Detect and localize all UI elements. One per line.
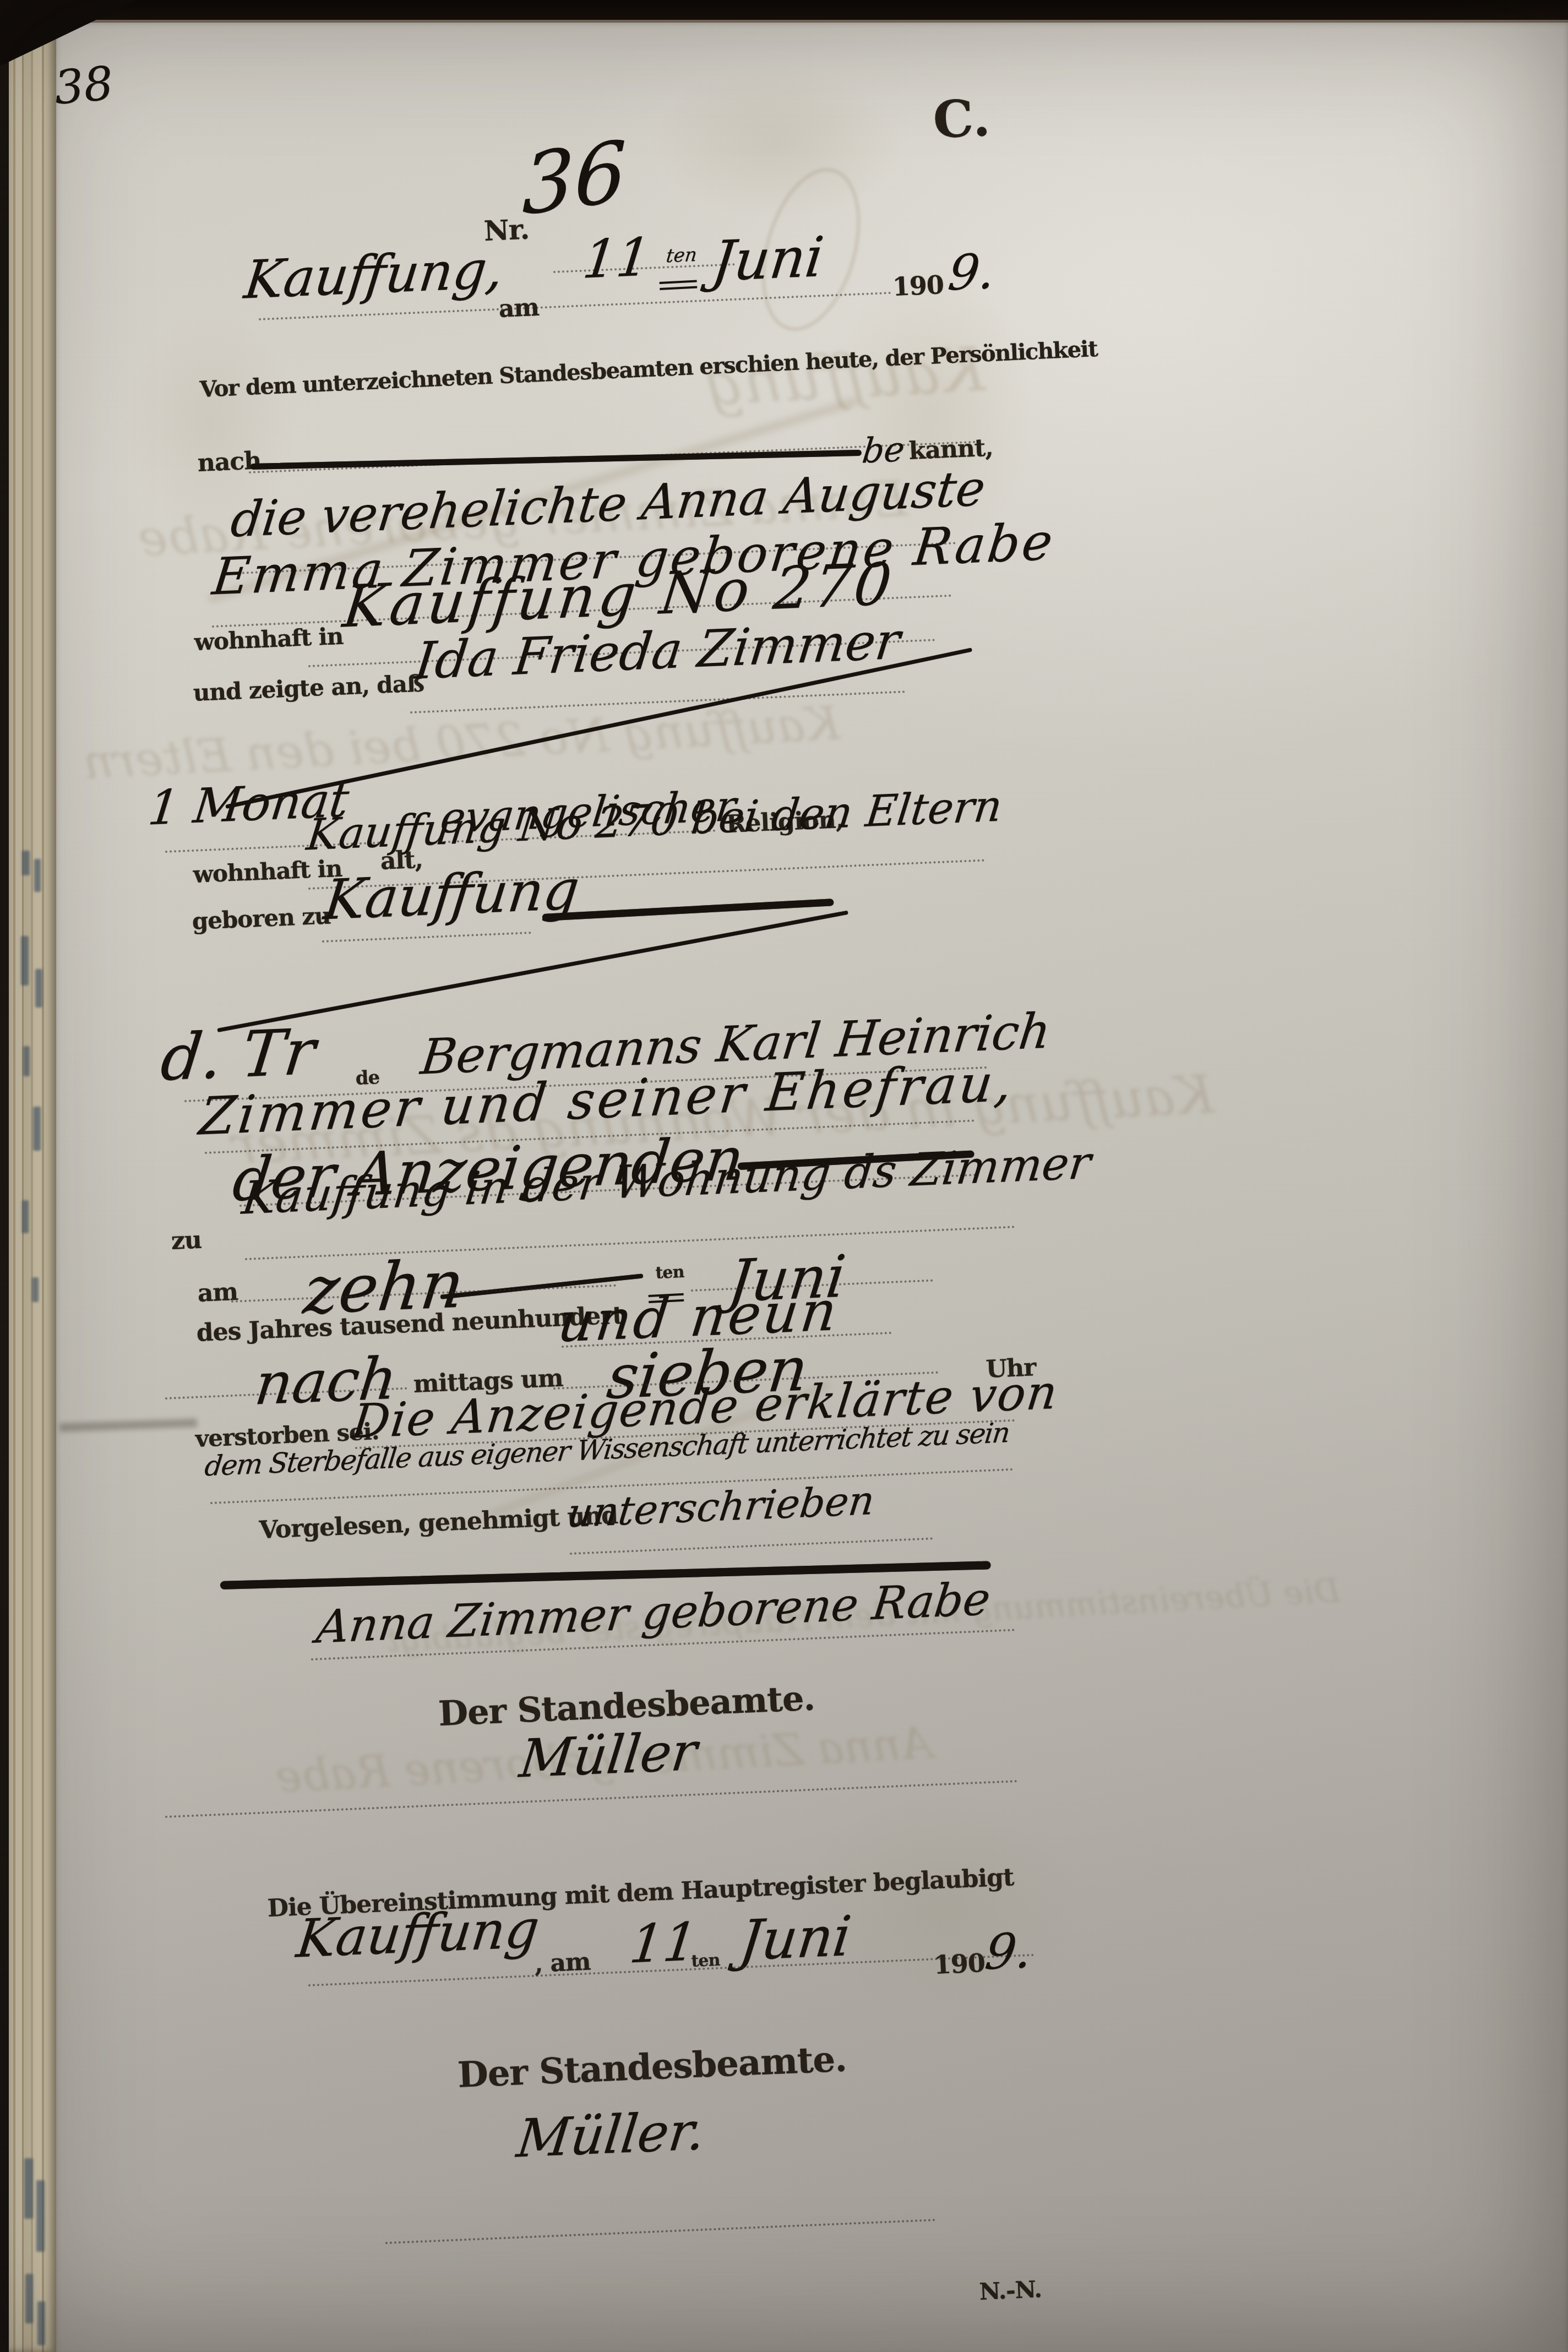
relation-hand: d. Tr xyxy=(158,1020,319,1090)
registrar-signature-2: Müller. xyxy=(514,2105,707,2166)
certification-month: Juni xyxy=(737,1909,853,1969)
unterschrieben-hand: unterschrieben xyxy=(565,1480,876,1533)
edge-ink-mark xyxy=(24,2158,33,2219)
edge-ink-mark xyxy=(35,969,42,1008)
folio-number: 38 xyxy=(52,60,115,111)
register-page-photo: Emma Zimmer geborene Rabe Kauffung No 27… xyxy=(0,0,1568,2352)
form-letter: C. xyxy=(932,92,991,145)
edge-ink-mark xyxy=(37,2301,45,2345)
header-place: Kauffung, xyxy=(242,243,506,307)
edge-ink-mark xyxy=(36,2180,45,2252)
death-day-suffix: ten xyxy=(655,1264,684,1282)
residence-label-2: wohnhaft in xyxy=(193,857,342,886)
edge-ink-mark xyxy=(21,936,29,986)
book-cover-edge xyxy=(0,0,9,2352)
edge-ink-mark xyxy=(33,1107,41,1151)
edge-ink-mark xyxy=(32,1277,39,1302)
certification-place: Kauffung xyxy=(294,1903,542,1966)
zu-label: zu xyxy=(171,1228,202,1254)
header-year-printed: 190 xyxy=(892,272,944,300)
book-page-edges xyxy=(9,0,56,2352)
edge-ink-mark xyxy=(22,1200,29,1233)
edge-ink-mark xyxy=(25,2274,33,2323)
certification-year-digit: 9. xyxy=(983,1926,1035,1977)
footer-mark: N.-N. xyxy=(979,2278,1042,2304)
edge-ink-mark xyxy=(22,851,30,875)
edge-ink-mark xyxy=(23,1046,30,1076)
header-day: 11 xyxy=(580,231,653,287)
record-number: 36 xyxy=(521,129,627,227)
header-year-digit: 9. xyxy=(946,247,998,297)
certification-day: 11 xyxy=(627,1916,700,1972)
edge-ink-mark xyxy=(34,859,41,892)
residence-label: wohnhaft in xyxy=(194,625,344,654)
birthplace-label: geboren zu xyxy=(192,904,331,933)
book-top-edge xyxy=(0,0,1568,20)
registrar-signature: Müller xyxy=(517,1726,700,1786)
header-month: Juni xyxy=(709,230,826,290)
certification-year-printed: 190 xyxy=(933,1950,986,1978)
header-day-suffix: ten xyxy=(665,246,698,266)
book-top-edge-shadow xyxy=(0,20,1568,23)
